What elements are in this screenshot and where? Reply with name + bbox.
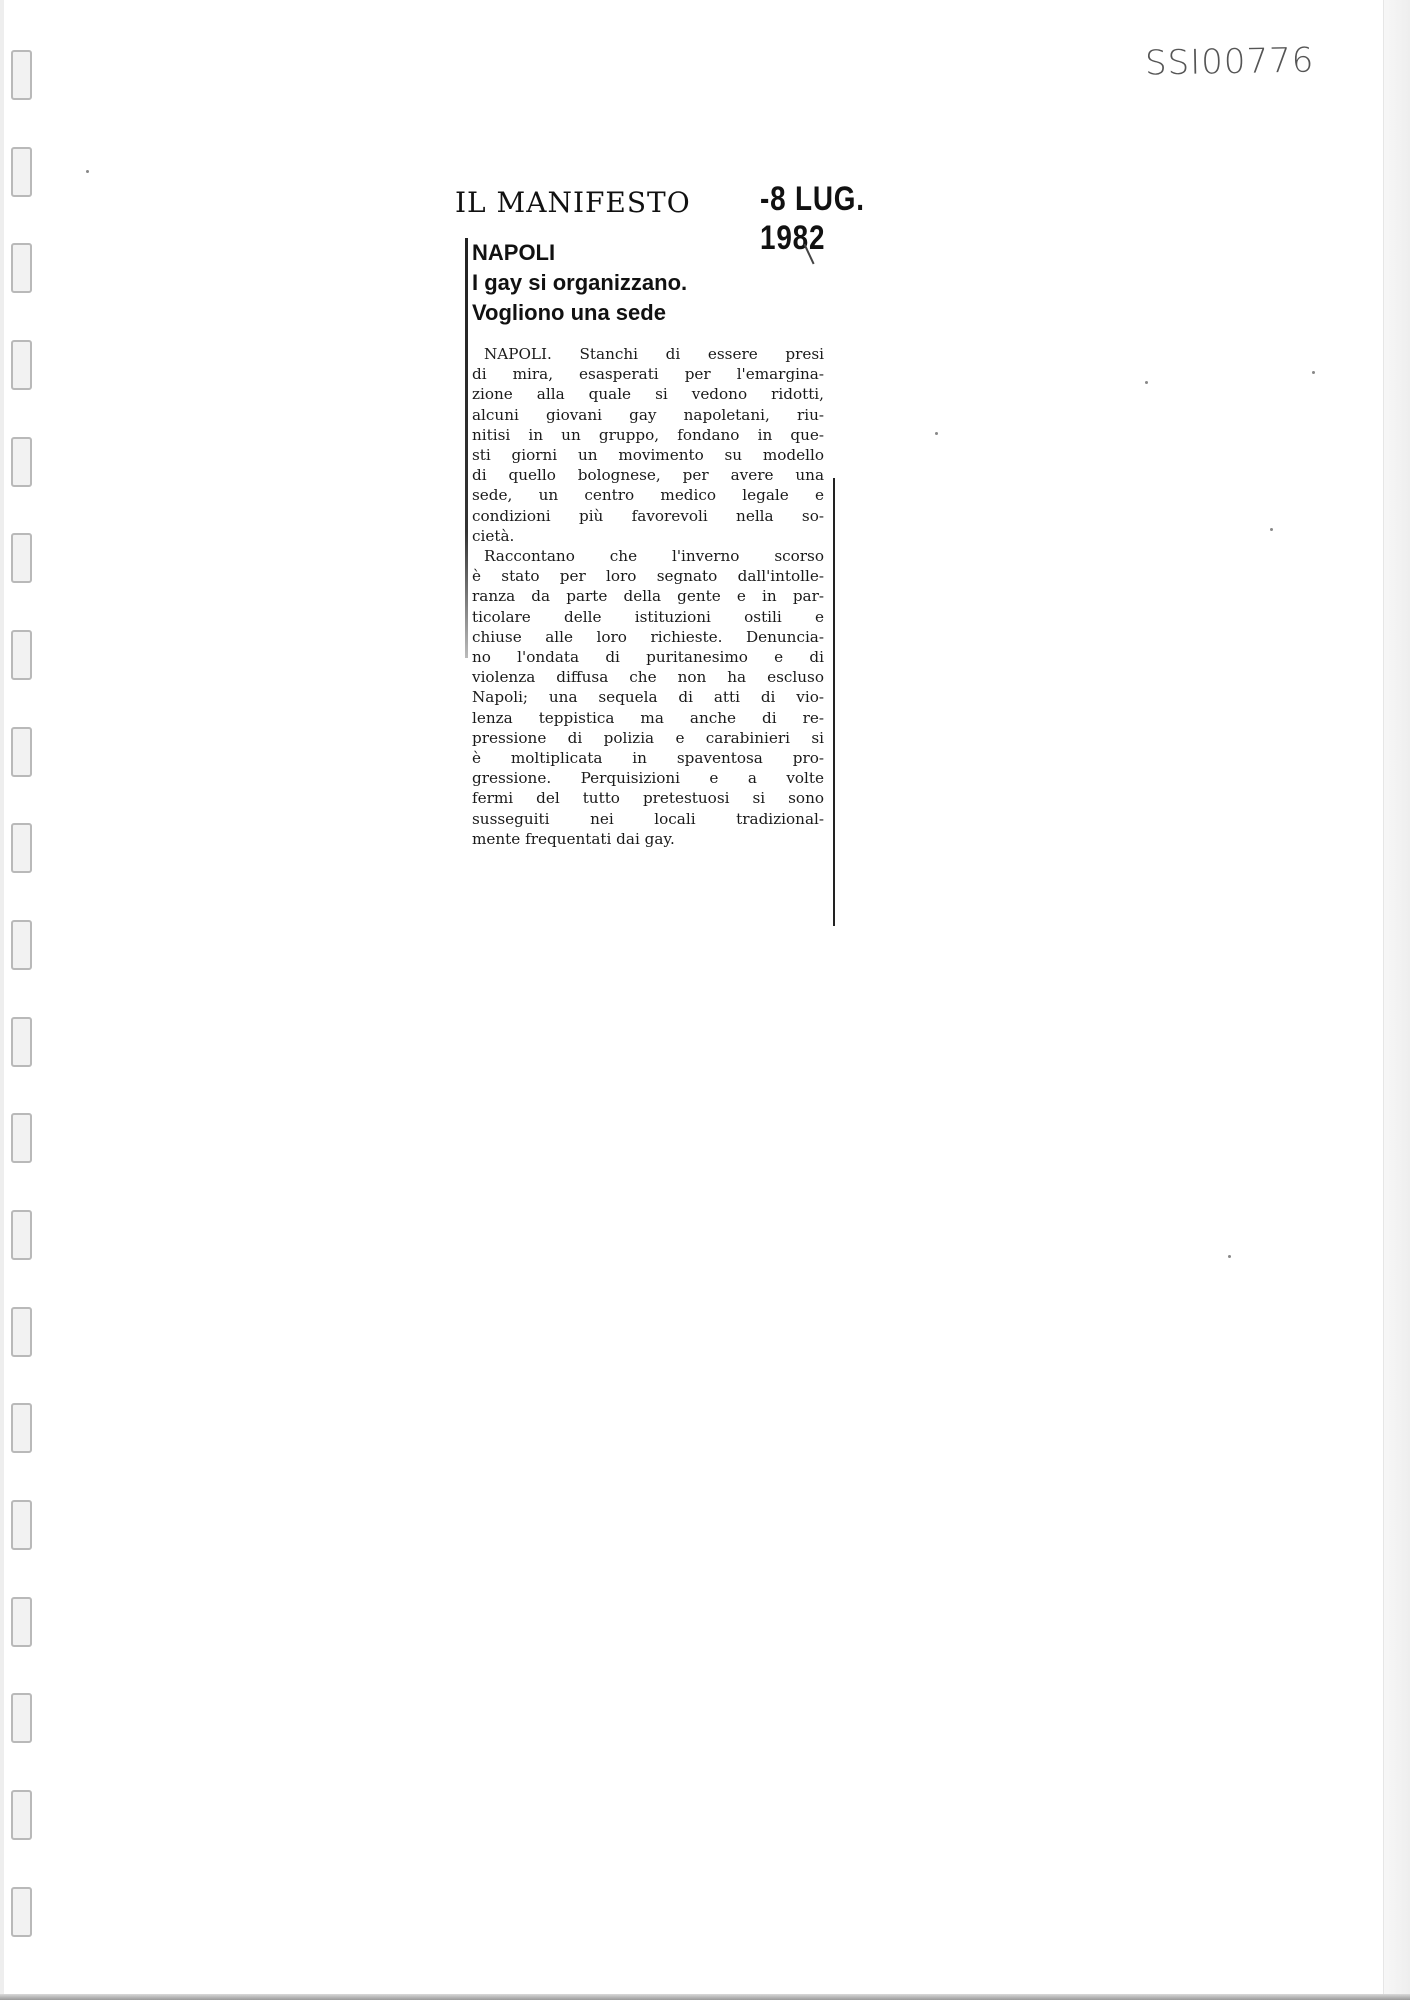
punch-hole-icon bbox=[11, 1210, 32, 1260]
paragraph-2-line: mente frequentati dai gay. bbox=[472, 829, 824, 849]
paragraph-1-line: zione alla quale si vedono ridotti, bbox=[472, 384, 824, 404]
paragraph-1-line: sti giorni un movimento su modello bbox=[472, 445, 824, 465]
paragraph-1-line: di mira, esasperati per l'emargina- bbox=[472, 364, 824, 384]
punch-hole-icon bbox=[11, 1113, 32, 1163]
dust-speck bbox=[86, 170, 89, 173]
newspaper-name: IL MANIFESTO bbox=[455, 186, 691, 219]
paragraph-2-line: Napoli; una sequela di atti di vio- bbox=[472, 687, 824, 707]
punch-hole-icon bbox=[11, 1790, 32, 1840]
paragraph-1-line: sede, un centro medico legale e bbox=[472, 485, 824, 505]
punch-hole-icon bbox=[11, 920, 32, 970]
punch-hole-icon bbox=[11, 437, 32, 487]
page-bottom-edge-shadow bbox=[0, 1994, 1410, 2000]
punch-hole-icon bbox=[11, 727, 32, 777]
punch-hole-icon bbox=[11, 340, 32, 390]
column-rule-right bbox=[833, 478, 835, 926]
article-body: NAPOLI. Stanchi di essere presi di mira,… bbox=[472, 344, 824, 849]
punch-hole-icon bbox=[11, 50, 32, 100]
punch-hole-icon bbox=[11, 630, 32, 680]
punch-hole-icon bbox=[11, 1403, 32, 1453]
page-right-edge-shadow bbox=[1383, 0, 1410, 2000]
punch-hole-icon bbox=[11, 1887, 32, 1937]
paragraph-2-line: è stato per loro segnato dall'intolle- bbox=[472, 566, 824, 586]
paragraph-2-line: susseguiti nei locali tradizional- bbox=[472, 809, 824, 829]
punch-hole-icon bbox=[11, 1693, 32, 1743]
paragraph-2-line: gressione. Perquisizioni e a volte bbox=[472, 768, 824, 788]
article-headline-line-1: I gay si organizzano. bbox=[472, 268, 824, 298]
paragraph-1-line: di quello bolognese, per avere una bbox=[472, 465, 824, 485]
punch-hole-icon bbox=[11, 243, 32, 293]
paragraph-2-line: ranza da parte della gente e in par- bbox=[472, 586, 824, 606]
dust-speck bbox=[935, 432, 938, 435]
paragraph-2-line: ticolare delle istituzioni ostili e bbox=[472, 607, 824, 627]
punch-hole-icon bbox=[11, 1597, 32, 1647]
paragraph-1-line: alcuni giovani gay napoletani, riu- bbox=[472, 405, 824, 425]
punch-hole-icon bbox=[11, 1307, 32, 1357]
paragraph-1-line: condizioni più favorevoli nella so- bbox=[472, 506, 824, 526]
paragraph-2-line: è moltiplicata in spaventosa pro- bbox=[472, 748, 824, 768]
punch-hole-icon bbox=[11, 1017, 32, 1067]
paragraph-1-line: nitisi in un gruppo, fondano in que- bbox=[472, 425, 824, 445]
punch-hole-icon bbox=[11, 1500, 32, 1550]
page-left-edge bbox=[0, 0, 4, 2000]
article-kicker: NAPOLI bbox=[472, 238, 824, 268]
handwritten-archive-code: SSI00776 bbox=[1145, 41, 1315, 84]
punch-hole-icon bbox=[11, 823, 32, 873]
paragraph-2-line: fermi del tutto pretestuosi si sono bbox=[472, 788, 824, 808]
punch-hole-icon bbox=[11, 147, 32, 197]
article-headline-line-2: Vogliono una sede bbox=[472, 298, 824, 328]
paragraph-1-line: NAPOLI. Stanchi di essere presi bbox=[472, 344, 824, 364]
column-rule-left bbox=[465, 238, 468, 658]
paragraph-2-line: Raccontano che l'inverno scorso bbox=[472, 546, 824, 566]
dust-speck bbox=[1270, 528, 1273, 531]
paragraph-2-line: violenza diffusa che non ha escluso bbox=[472, 667, 824, 687]
dust-speck bbox=[1228, 1255, 1231, 1258]
paragraph-1-line: cietà. bbox=[472, 526, 824, 546]
paragraph-2-line: chiuse alle loro richieste. Denuncia- bbox=[472, 627, 824, 647]
punch-hole-icon bbox=[11, 533, 32, 583]
paragraph-2-line: pressione di polizia e carabinieri si bbox=[472, 728, 824, 748]
paragraph-2-line: no l'ondata di puritanesimo e di bbox=[472, 647, 824, 667]
news-article: NAPOLI I gay si organizzano. Vogliono un… bbox=[472, 238, 824, 849]
dust-speck bbox=[1312, 371, 1315, 374]
paragraph-2-line: lenza teppistica ma anche di re- bbox=[472, 708, 824, 728]
clipping-masthead: IL MANIFESTO -8 LUG. 1982 bbox=[455, 180, 955, 220]
dust-speck bbox=[1145, 381, 1148, 384]
